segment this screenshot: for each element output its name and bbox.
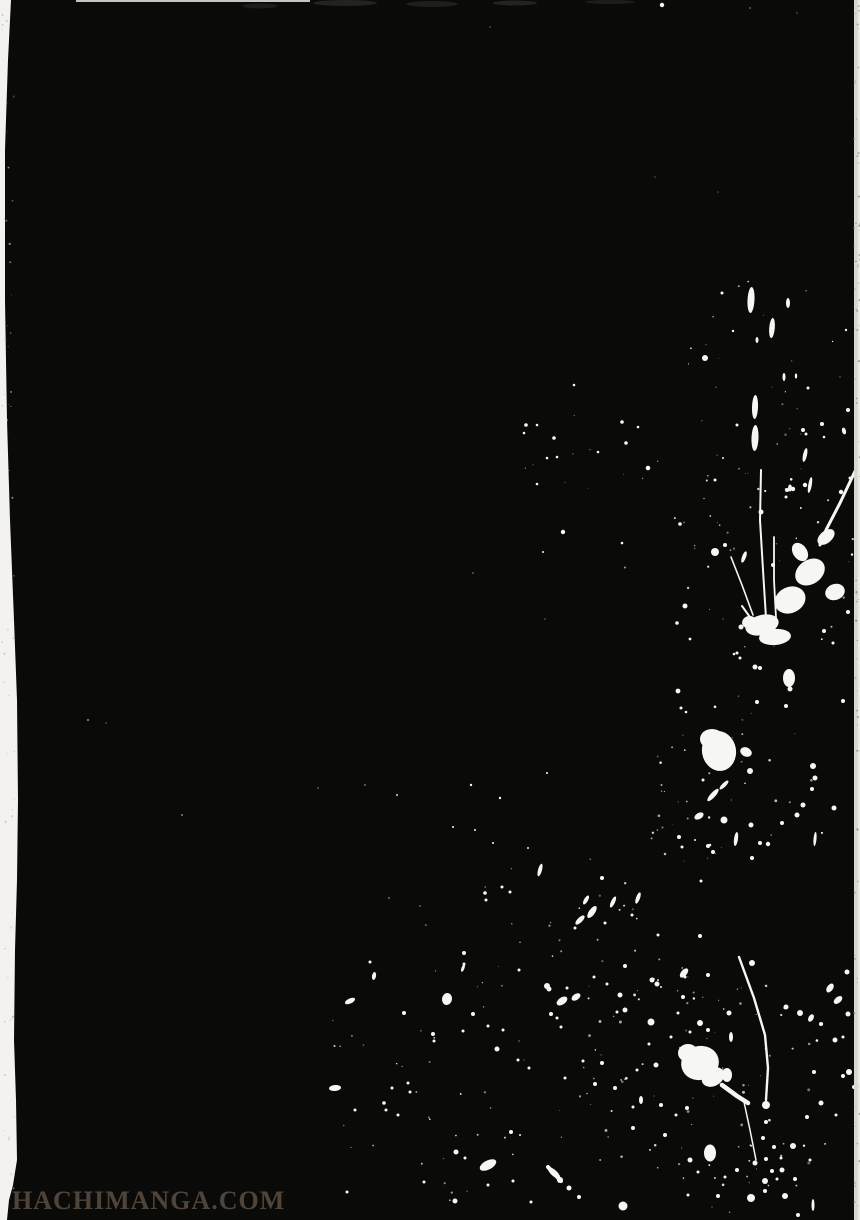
manga-page: HACHIMANGA.COM <box>0 0 860 1220</box>
watermark-text: HACHIMANGA.COM <box>12 1186 285 1216</box>
ink-splatter-art <box>0 0 860 1220</box>
